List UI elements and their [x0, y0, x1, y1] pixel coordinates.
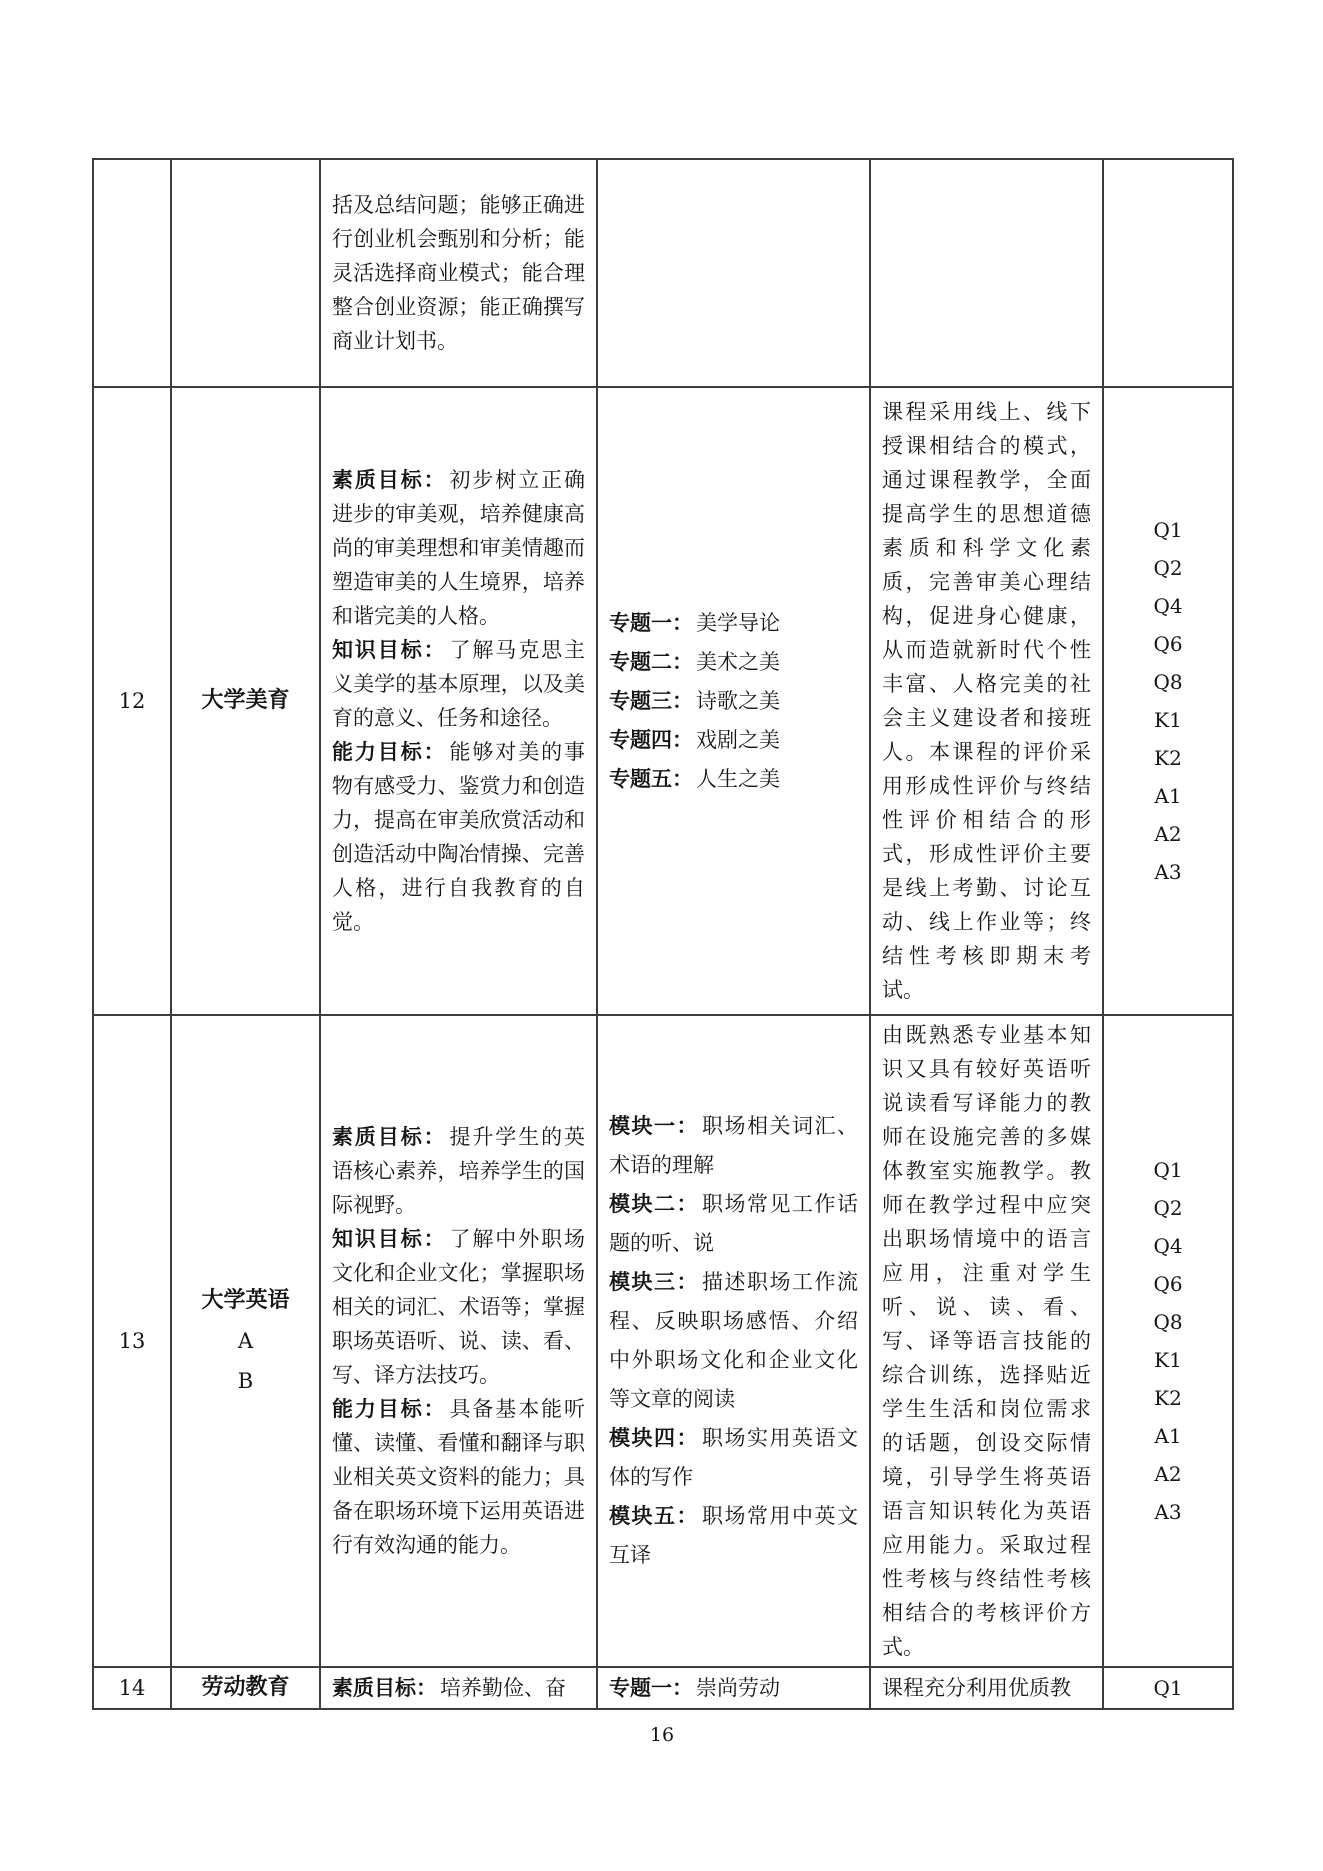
- objective-text: 初步树立正确进步的审美观，培养健康高尚的审美理想和审美情趣而塑造审美的人生境界，…: [332, 468, 585, 628]
- requirement-code: A1: [1106, 1417, 1230, 1455]
- objective-item: 能力目标：能够对美的事物有感受力、鉴赏力和创造力，提高在审美欣赏活动和创造活动中…: [332, 735, 585, 939]
- objective-text: 了解中外职场文化和企业文化；掌握职场相关的词汇、术语等；掌握职场英语听、说、读、…: [332, 1227, 585, 1387]
- topic-text: 崇尚劳动: [696, 1676, 780, 1700]
- requirement-code: A2: [1106, 1455, 1230, 1493]
- course-name-cell: 大学美育: [171, 387, 320, 1015]
- requirement-code: Q1: [1106, 1151, 1230, 1189]
- topic-item: 专题五：人生之美: [609, 760, 858, 799]
- requirement-code: A3: [1106, 1493, 1230, 1531]
- requirement-code: A3: [1106, 853, 1230, 891]
- course-name-line: 劳动教育: [176, 1668, 315, 1708]
- objective-text: 括及总结问题；能够正确进行创业机会甄别和分析；能灵活选择商业模式；能合理整合创业…: [332, 193, 585, 353]
- topic-text: 戏剧之美: [696, 728, 780, 752]
- course-objectives-cell: 素质目标：提升学生的英语核心素养，培养学生的国际视野。知识目标：了解中外职场文化…: [320, 1015, 597, 1667]
- course-name-line: A: [176, 1321, 315, 1361]
- teaching-method-cell: [870, 159, 1103, 387]
- requirement-code: Q8: [1106, 1303, 1230, 1341]
- course-name-line: B: [176, 1361, 315, 1401]
- objective-text: 培养勤俭、奋: [440, 1676, 566, 1700]
- topic-item: 专题一：崇尚劳动: [609, 1669, 858, 1708]
- objective-item: 素质目标：提升学生的英语核心素养，培养学生的国际视野。: [332, 1120, 585, 1222]
- objective-label: 能力目标：: [332, 740, 447, 764]
- objective-label: 能力目标：: [332, 1397, 447, 1421]
- course-curriculum-table: 括及总结问题；能够正确进行创业机会甄别和分析；能灵活选择商业模式；能合理整合创业…: [92, 158, 1234, 1710]
- page-number: 16: [92, 1722, 1232, 1748]
- requirement-code: K1: [1106, 1341, 1230, 1379]
- objective-label: 知识目标：: [332, 1227, 447, 1251]
- requirement-code: Q4: [1106, 587, 1230, 625]
- requirement-code: Q2: [1106, 549, 1230, 587]
- requirement-code: K1: [1106, 701, 1230, 739]
- teaching-method-cell: 课程充分利用优质教: [870, 1667, 1103, 1709]
- topic-label: 模块四：: [609, 1426, 699, 1450]
- topic-label: 专题三：: [609, 689, 693, 713]
- objective-item: 素质目标：培养勤俭、奋: [332, 1671, 585, 1705]
- topic-item: 模块四：职场实用英语文体的写作: [609, 1419, 858, 1497]
- course-name-line: 大学美育: [176, 681, 315, 721]
- topic-text: 美学导论: [696, 611, 780, 635]
- course-objectives-cell: 素质目标：培养勤俭、奋: [320, 1667, 597, 1709]
- requirement-codes-cell: Q1Q2Q4Q6Q8K1K2A1A2A3: [1103, 387, 1233, 1015]
- objective-text: 具备基本能听懂、读懂、看懂和翻译与职业相关英文资料的能力；具备在职场环境下运用英…: [332, 1397, 585, 1557]
- topic-label: 模块二：: [609, 1192, 699, 1216]
- topic-item: 模块一：职场相关词汇、术语的理解: [609, 1107, 858, 1185]
- objective-label: 知识目标：: [332, 638, 447, 662]
- requirement-code: K2: [1106, 739, 1230, 777]
- objective-item: 括及总结问题；能够正确进行创业机会甄别和分析；能灵活选择商业模式；能合理整合创业…: [332, 188, 585, 358]
- topic-label: 模块三：: [609, 1270, 699, 1294]
- topic-label: 模块一：: [609, 1114, 699, 1138]
- objective-item: 知识目标：了解马克思主义美学的基本原理，以及美育的意义、任务和途径。: [332, 633, 585, 735]
- topic-item: 专题三：诗歌之美: [609, 682, 858, 721]
- topic-item: 专题二：美术之美: [609, 643, 858, 682]
- course-row: 括及总结问题；能够正确进行创业机会甄别和分析；能灵活选择商业模式；能合理整合创业…: [93, 159, 1233, 387]
- topic-item: 模块三：描述职场工作流程、反映职场感悟、介绍中外职场文化和企业文化等文章的阅读: [609, 1263, 858, 1419]
- course-number-cell: 13: [93, 1015, 171, 1667]
- teaching-method-text: 课程充分利用优质教: [882, 1671, 1091, 1705]
- requirement-codes-cell: Q1: [1103, 1667, 1233, 1709]
- course-topics-cell: [597, 159, 870, 387]
- course-objectives-cell: 括及总结问题；能够正确进行创业机会甄别和分析；能灵活选择商业模式；能合理整合创业…: [320, 159, 597, 387]
- course-objectives-cell: 素质目标：初步树立正确进步的审美观，培养健康高尚的审美理想和审美情趣而塑造审美的…: [320, 387, 597, 1015]
- requirement-codes-cell: [1103, 159, 1233, 387]
- objective-item: 能力目标：具备基本能听懂、读懂、看懂和翻译与职业相关英文资料的能力；具备在职场环…: [332, 1392, 585, 1562]
- course-name-cell: 劳动教育: [171, 1667, 320, 1709]
- course-row: 13大学英语AB素质目标：提升学生的英语核心素养，培养学生的国际视野。知识目标：…: [93, 1015, 1233, 1667]
- topic-text: 人生之美: [696, 767, 780, 791]
- topic-label: 专题一：: [609, 611, 693, 635]
- topic-item: 专题一：美学导论: [609, 604, 858, 643]
- requirement-code: Q1: [1106, 511, 1230, 549]
- course-number-cell: 12: [93, 387, 171, 1015]
- objective-item: 知识目标：了解中外职场文化和企业文化；掌握职场相关的词汇、术语等；掌握职场英语听…: [332, 1222, 585, 1392]
- course-topics-cell: 专题一：崇尚劳动: [597, 1667, 870, 1709]
- requirement-codes-cell: Q1Q2Q4Q6Q8K1K2A1A2A3: [1103, 1015, 1233, 1667]
- requirement-code: A2: [1106, 815, 1230, 853]
- requirement-code: Q1: [1106, 1669, 1230, 1707]
- requirement-code: A1: [1106, 777, 1230, 815]
- objective-label: 素质目标：: [332, 1125, 447, 1149]
- teaching-method-cell: 由既熟悉专业基本知识又具有较好英语听说读看写译能力的教师在设施完善的多媒体教室实…: [870, 1015, 1103, 1667]
- objective-label: 素质目标：: [332, 468, 447, 492]
- course-number-cell: [93, 159, 171, 387]
- course-name-line: 大学英语: [176, 1281, 315, 1321]
- course-topics-cell: 模块一：职场相关词汇、术语的理解模块二：职场常见工作话题的听、说模块三：描述职场…: [597, 1015, 870, 1667]
- course-topics-cell: 专题一：美学导论专题二：美术之美专题三：诗歌之美专题四：戏剧之美专题五：人生之美: [597, 387, 870, 1015]
- topic-text: 诗歌之美: [696, 689, 780, 713]
- course-row: 12大学美育素质目标：初步树立正确进步的审美观，培养健康高尚的审美理想和审美情趣…: [93, 387, 1233, 1015]
- topic-label: 专题一：: [609, 1676, 693, 1700]
- requirement-code: K2: [1106, 1379, 1230, 1417]
- course-name-cell: [171, 159, 320, 387]
- topic-label: 专题四：: [609, 728, 693, 752]
- objective-text: 能够对美的事物有感受力、鉴赏力和创造力，提高在审美欣赏活动和创造活动中陶冶情操、…: [332, 740, 585, 934]
- document-page: 括及总结问题；能够正确进行创业机会甄别和分析；能灵活选择商业模式；能合理整合创业…: [0, 0, 1323, 1871]
- teaching-method-text: 课程采用线上、线下授课相结合的模式，通过课程教学，全面提高学生的思想道德素质和科…: [882, 395, 1091, 1007]
- topic-label: 专题五：: [609, 767, 693, 791]
- topic-text: 美术之美: [696, 650, 780, 674]
- requirement-code: Q6: [1106, 625, 1230, 663]
- requirement-code: Q8: [1106, 663, 1230, 701]
- course-number-cell: 14: [93, 1667, 171, 1709]
- requirement-code: Q6: [1106, 1265, 1230, 1303]
- objective-label: 素质目标：: [332, 1676, 437, 1700]
- teaching-method-cell: 课程采用线上、线下授课相结合的模式，通过课程教学，全面提高学生的思想道德素质和科…: [870, 387, 1103, 1015]
- topic-item: 模块五：职场常用中英文互译: [609, 1497, 858, 1575]
- topic-label: 专题二：: [609, 650, 693, 674]
- topic-item: 专题四：戏剧之美: [609, 721, 858, 760]
- course-row: 14劳动教育素质目标：培养勤俭、奋专题一：崇尚劳动课程充分利用优质教Q1: [93, 1667, 1233, 1709]
- topic-label: 模块五：: [609, 1504, 699, 1528]
- requirement-code: Q4: [1106, 1227, 1230, 1265]
- topic-item: 模块二：职场常见工作话题的听、说: [609, 1185, 858, 1263]
- course-name-cell: 大学英语AB: [171, 1015, 320, 1667]
- teaching-method-text: 由既熟悉专业基本知识又具有较好英语听说读看写译能力的教师在设施完善的多媒体教室实…: [882, 1018, 1091, 1664]
- requirement-code: Q2: [1106, 1189, 1230, 1227]
- objective-item: 素质目标：初步树立正确进步的审美观，培养健康高尚的审美理想和审美情趣而塑造审美的…: [332, 463, 585, 633]
